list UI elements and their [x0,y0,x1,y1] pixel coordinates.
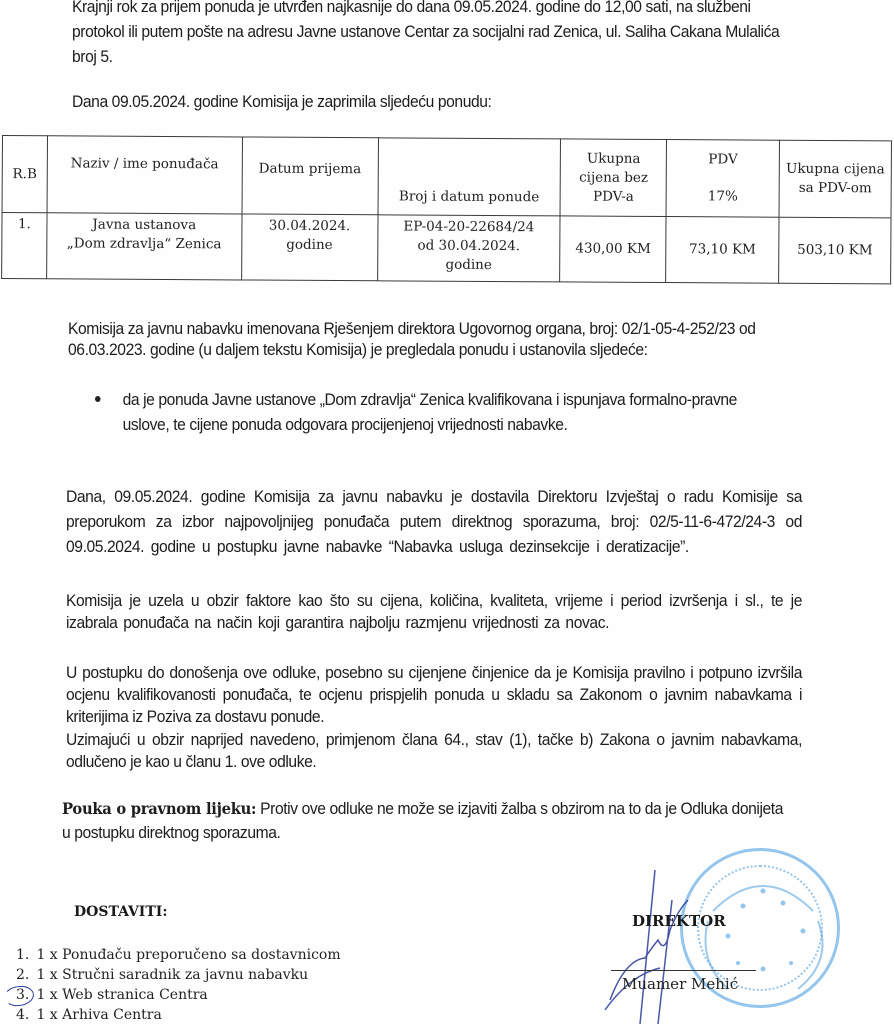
report-paragraph: Dana, 09.05.2024. godine Komisija za jav… [66,484,802,559]
item-text: 1 x Ponuđaču preporučeno sa dostavnicom [36,947,340,963]
distribution-list: 1. 1 x Ponuđaču preporučeno sa dostavnic… [2,945,341,1024]
signature-icon [600,870,730,1024]
offers-table: R.B Naziv / ime ponuđača Datum prijema B… [1,135,892,284]
cell-price-with-vat: 503,10 KM [779,217,891,284]
distribution-item: 2. 1 x Stručni saradnik za javnu nabavku [2,965,341,985]
director-name: Muamer Mehić [622,975,738,993]
cell-vat: 73,10 KM [666,217,779,284]
deadline-paragraph: Krajnji rok za prijem ponuda je utvrđen … [72,0,799,69]
table-row: 1. Javna ustanova „Dom zdravlja“ Zenica … [2,213,891,284]
cell-price-without-vat: 430,00 KM [560,216,666,283]
procedure-paragraph: U postupku do donošenja ove odluke, pose… [66,662,802,728]
cell-bidder-name: Javna ustanova „Dom zdravlja“ Zenica [47,213,242,280]
header-offer-number: Broj i datum ponude [378,138,561,216]
table-header-row: R.B Naziv / ime ponuđača Datum prijema B… [2,136,891,218]
director-title: DIREKTOR [632,912,726,930]
legal-remedy-paragraph: Pouka o pravnom lijeku: Protiv ove odluk… [62,797,789,845]
header-receipt-date: Datum prijema [242,137,378,215]
item-text: 1 x Arhiva Centra [36,1007,161,1023]
bidder-name-line: „Dom zdravlja“ Zenica [51,234,237,254]
header-price-with-vat: Ukupna cijena sa PDV-om [779,140,891,218]
document-page: Krajnji rok za prijem ponuda je utvrđen … [0,0,894,1024]
distribution-item: 3. 1 x Web stranica Centra [2,985,341,1005]
item-text: 1 x Web stranica Centra [36,987,207,1003]
header-price-without-vat: Ukupna cijena bez PDV-a [560,139,666,217]
signature-line [611,970,756,971]
finding-item: da je ponuda Javne ustanove „Dom zdravlj… [95,387,776,437]
item-text: 1 x Stručni saradnik za javnu nabavku [36,967,308,983]
bidder-name-line: Javna ustanova [51,215,237,235]
header-rb: R.B [2,136,47,213]
commission-paragraph: Komisija za javnu nabavku imenovana Rješ… [68,318,804,360]
receipt-date-line: godine [246,235,373,255]
cell-receipt-date: 30.04.2024. godine [241,214,377,281]
header-vat: PDV 17% [666,140,779,218]
distribution-title: DOSTAVITI: [74,904,168,920]
legal-remedy-label: Pouka o pravnom lijeku: [62,799,256,818]
vat-rate: 17% [671,187,775,207]
item-number: 1. [2,945,32,965]
cell-rb: 1. [2,213,47,279]
distribution-item: 1. 1 x Ponuđaču preporučeno sa dostavnic… [2,945,341,965]
received-offer-paragraph: Dana 09.05.2024. godine Komisija je zapr… [72,90,799,113]
decision-paragraph: Uzimajući u obzir naprijed navedeno, pri… [66,729,802,773]
distribution-item: 4. 1 x Arhiva Centra [2,1005,341,1024]
item-number: 2. [2,965,32,985]
vat-label: PDV [671,150,775,170]
offer-number-line: godine [382,255,556,275]
findings-list: da je ponuda Javne ustanove „Dom zdravlj… [95,387,776,437]
header-bidder-name: Naziv / ime ponuđača [47,136,242,214]
receipt-date-line: 30.04.2024. [246,216,373,236]
cell-offer-number: EP-04-20-22684/24 od 30.04.2024. godine [377,215,560,282]
offer-number-line: EP-04-20-22684/24 [382,217,556,237]
item-number: 4. [2,1005,32,1024]
offer-number-line: od 30.04.2024. [382,236,556,256]
factors-paragraph: Komisija je uzela u obzir faktore kao št… [66,590,802,634]
